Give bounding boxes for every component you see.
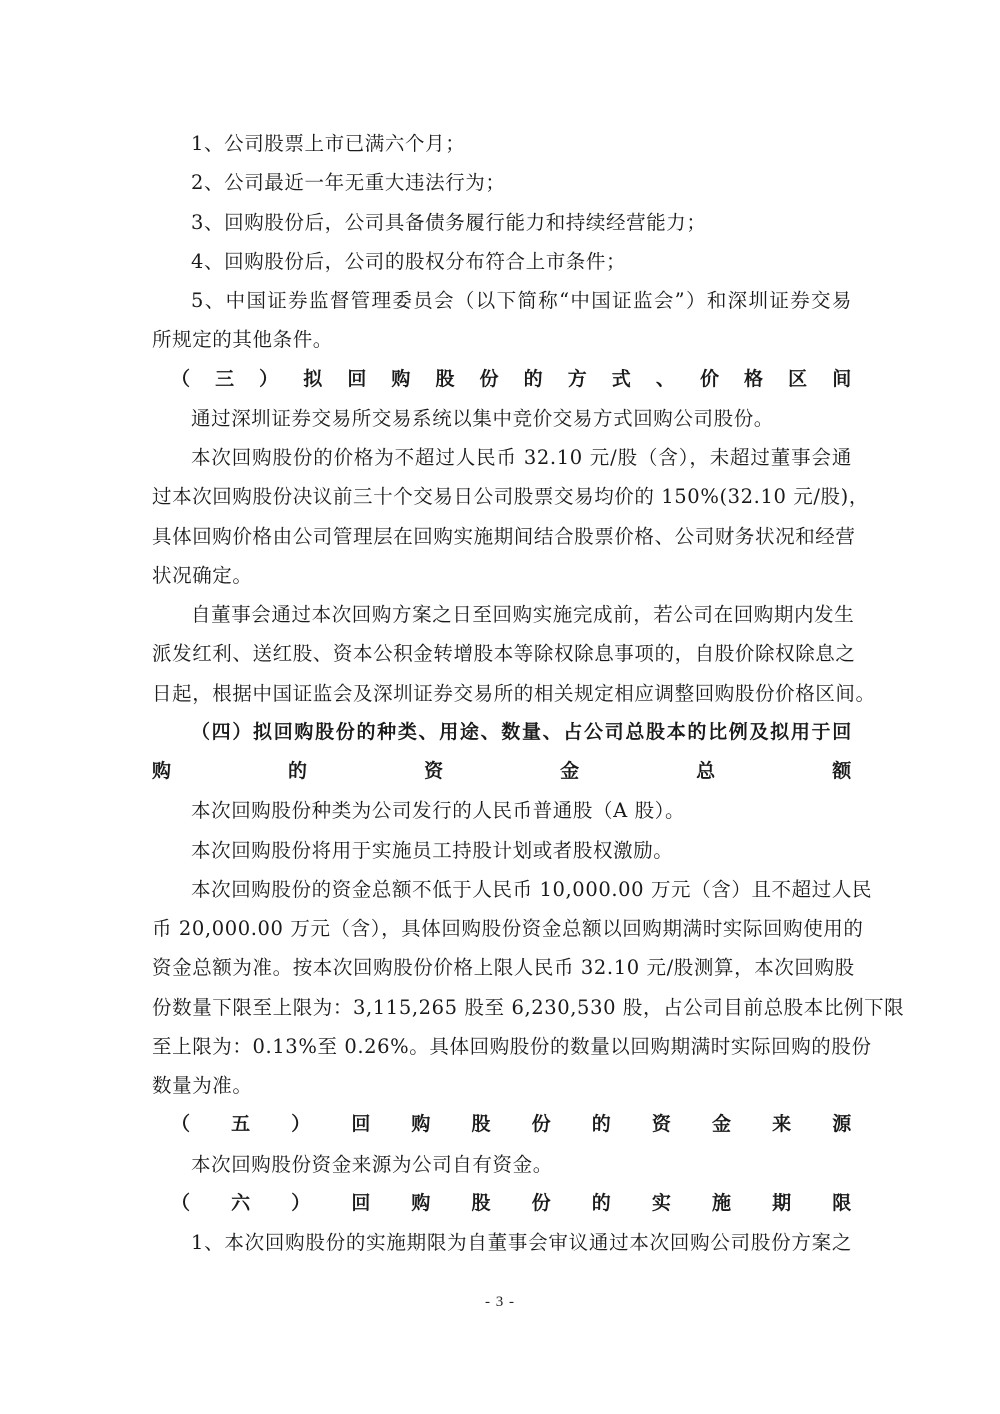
- text-line: 所规定的其他条件。: [152, 320, 852, 359]
- section-heading-6: （六）回购股份的实施期限: [152, 1184, 852, 1223]
- text-line: 数量为准。: [152, 1066, 852, 1105]
- heading-text: 购的资金总额: [152, 752, 852, 791]
- fund-amount-paragraph: 本次回购股份的资金总额不低于人民币 10,000.00 万元（含）且不超过人民 …: [152, 870, 852, 1106]
- repurchase-method-paragraph: 通过深圳证券交易所交易系统以集中竞价交易方式回购公司股份。: [152, 399, 852, 438]
- page-number: - 3 -: [0, 1294, 1000, 1311]
- text-line: 1、公司股票上市已满六个月；: [152, 124, 852, 163]
- text-line: 5、中国证券监督管理委员会（以下简称“中国证监会”）和深圳证券交易: [152, 281, 852, 320]
- text-line: 本次回购股份的资金总额不低于人民币 10,000.00 万元（含）且不超过人民: [152, 870, 852, 909]
- share-type-paragraph: 本次回购股份种类为公司发行的人民币普通股（A 股）。: [152, 791, 852, 830]
- text-line: 过本次回购股份决议前三十个交易日公司股票交易均价的 150%(32.10 元/股…: [152, 477, 852, 516]
- price-adjustment-paragraph: 自董事会通过本次回购方案之日至回购实施完成前，若公司在回购期内发生 派发红利、送…: [152, 595, 852, 713]
- text-line: 本次回购股份种类为公司发行的人民币普通股（A 股）。: [152, 791, 852, 830]
- text-line: 资金总额为准。按本次回购股份价格上限人民币 32.10 元/股测算，本次回购股: [152, 948, 852, 987]
- text-line: 通过深圳证券交易所交易系统以集中竞价交易方式回购公司股份。: [152, 399, 852, 438]
- section-heading-5: （五）回购股份的资金来源: [152, 1105, 852, 1144]
- section-heading-3: （三）拟回购股份的方式、价格区间: [152, 360, 852, 399]
- text-line: 份数量下限至上限为：3,115,265 股至 6,230,530 股，占公司目前…: [152, 988, 852, 1027]
- text-line: 派发红利、送红股、资本公积金转增股本等除权除息事项的，自股价除权除息之: [152, 634, 852, 673]
- repurchase-price-paragraph: 本次回购股份的价格为不超过人民币 32.10 元/股（含），未超过董事会通 过本…: [152, 438, 852, 595]
- text-line: 状况确定。: [152, 556, 852, 595]
- heading-text: （四）拟回购股份的种类、用途、数量、占公司总股本的比例及拟用于回: [152, 713, 852, 752]
- text-line: 本次回购股份将用于实施员工持股计划或者股权激励。: [152, 831, 852, 870]
- section-heading-4: （四）拟回购股份的种类、用途、数量、占公司总股本的比例及拟用于回 购的资金总额: [152, 713, 852, 792]
- text-line: 3、回购股份后，公司具备债务履行能力和持续经营能力；: [152, 203, 852, 242]
- condition-item-2: 2、公司最近一年无重大违法行为；: [152, 163, 852, 202]
- share-purpose-paragraph: 本次回购股份将用于实施员工持股计划或者股权激励。: [152, 831, 852, 870]
- text-line: 日起，根据中国证监会及深圳证券交易所的相关规定相应调整回购股份价格区间。: [152, 674, 852, 713]
- document-page: 1、公司股票上市已满六个月； 2、公司最近一年无重大违法行为； 3、回购股份后，…: [152, 124, 852, 1262]
- text-line: 1、本次回购股份的实施期限为自董事会审议通过本次回购公司股份方案之: [152, 1223, 852, 1262]
- text-line: 币 20,000.00 万元（含），具体回购股份资金总额以回购期满时实际回购使用…: [152, 909, 852, 948]
- condition-item-5: 5、中国证券监督管理委员会（以下简称“中国证监会”）和深圳证券交易 所规定的其他…: [152, 281, 852, 360]
- heading-text: （三）拟回购股份的方式、价格区间: [152, 360, 852, 399]
- condition-item-4: 4、回购股份后，公司的股权分布符合上市条件；: [152, 242, 852, 281]
- text-line: 自董事会通过本次回购方案之日至回购实施完成前，若公司在回购期内发生: [152, 595, 852, 634]
- text-line: 2、公司最近一年无重大违法行为；: [152, 163, 852, 202]
- heading-text: （五）回购股份的资金来源: [152, 1105, 852, 1144]
- text-line: 本次回购股份资金来源为公司自有资金。: [152, 1145, 852, 1184]
- condition-item-3: 3、回购股份后，公司具备债务履行能力和持续经营能力；: [152, 203, 852, 242]
- condition-item-1: 1、公司股票上市已满六个月；: [152, 124, 852, 163]
- text-line: 具体回购价格由公司管理层在回购实施期间结合股票价格、公司财务状况和经营: [152, 517, 852, 556]
- text-line: 本次回购股份的价格为不超过人民币 32.10 元/股（含），未超过董事会通: [152, 438, 852, 477]
- heading-text: （六）回购股份的实施期限: [152, 1184, 852, 1223]
- text-line: 至上限为：0.13%至 0.26%。具体回购股份的数量以回购期满时实际回购的股份: [152, 1027, 852, 1066]
- implementation-period-item-1: 1、本次回购股份的实施期限为自董事会审议通过本次回购公司股份方案之: [152, 1223, 852, 1262]
- fund-source-paragraph: 本次回购股份资金来源为公司自有资金。: [152, 1145, 852, 1184]
- text-line: 4、回购股份后，公司的股权分布符合上市条件；: [152, 242, 852, 281]
